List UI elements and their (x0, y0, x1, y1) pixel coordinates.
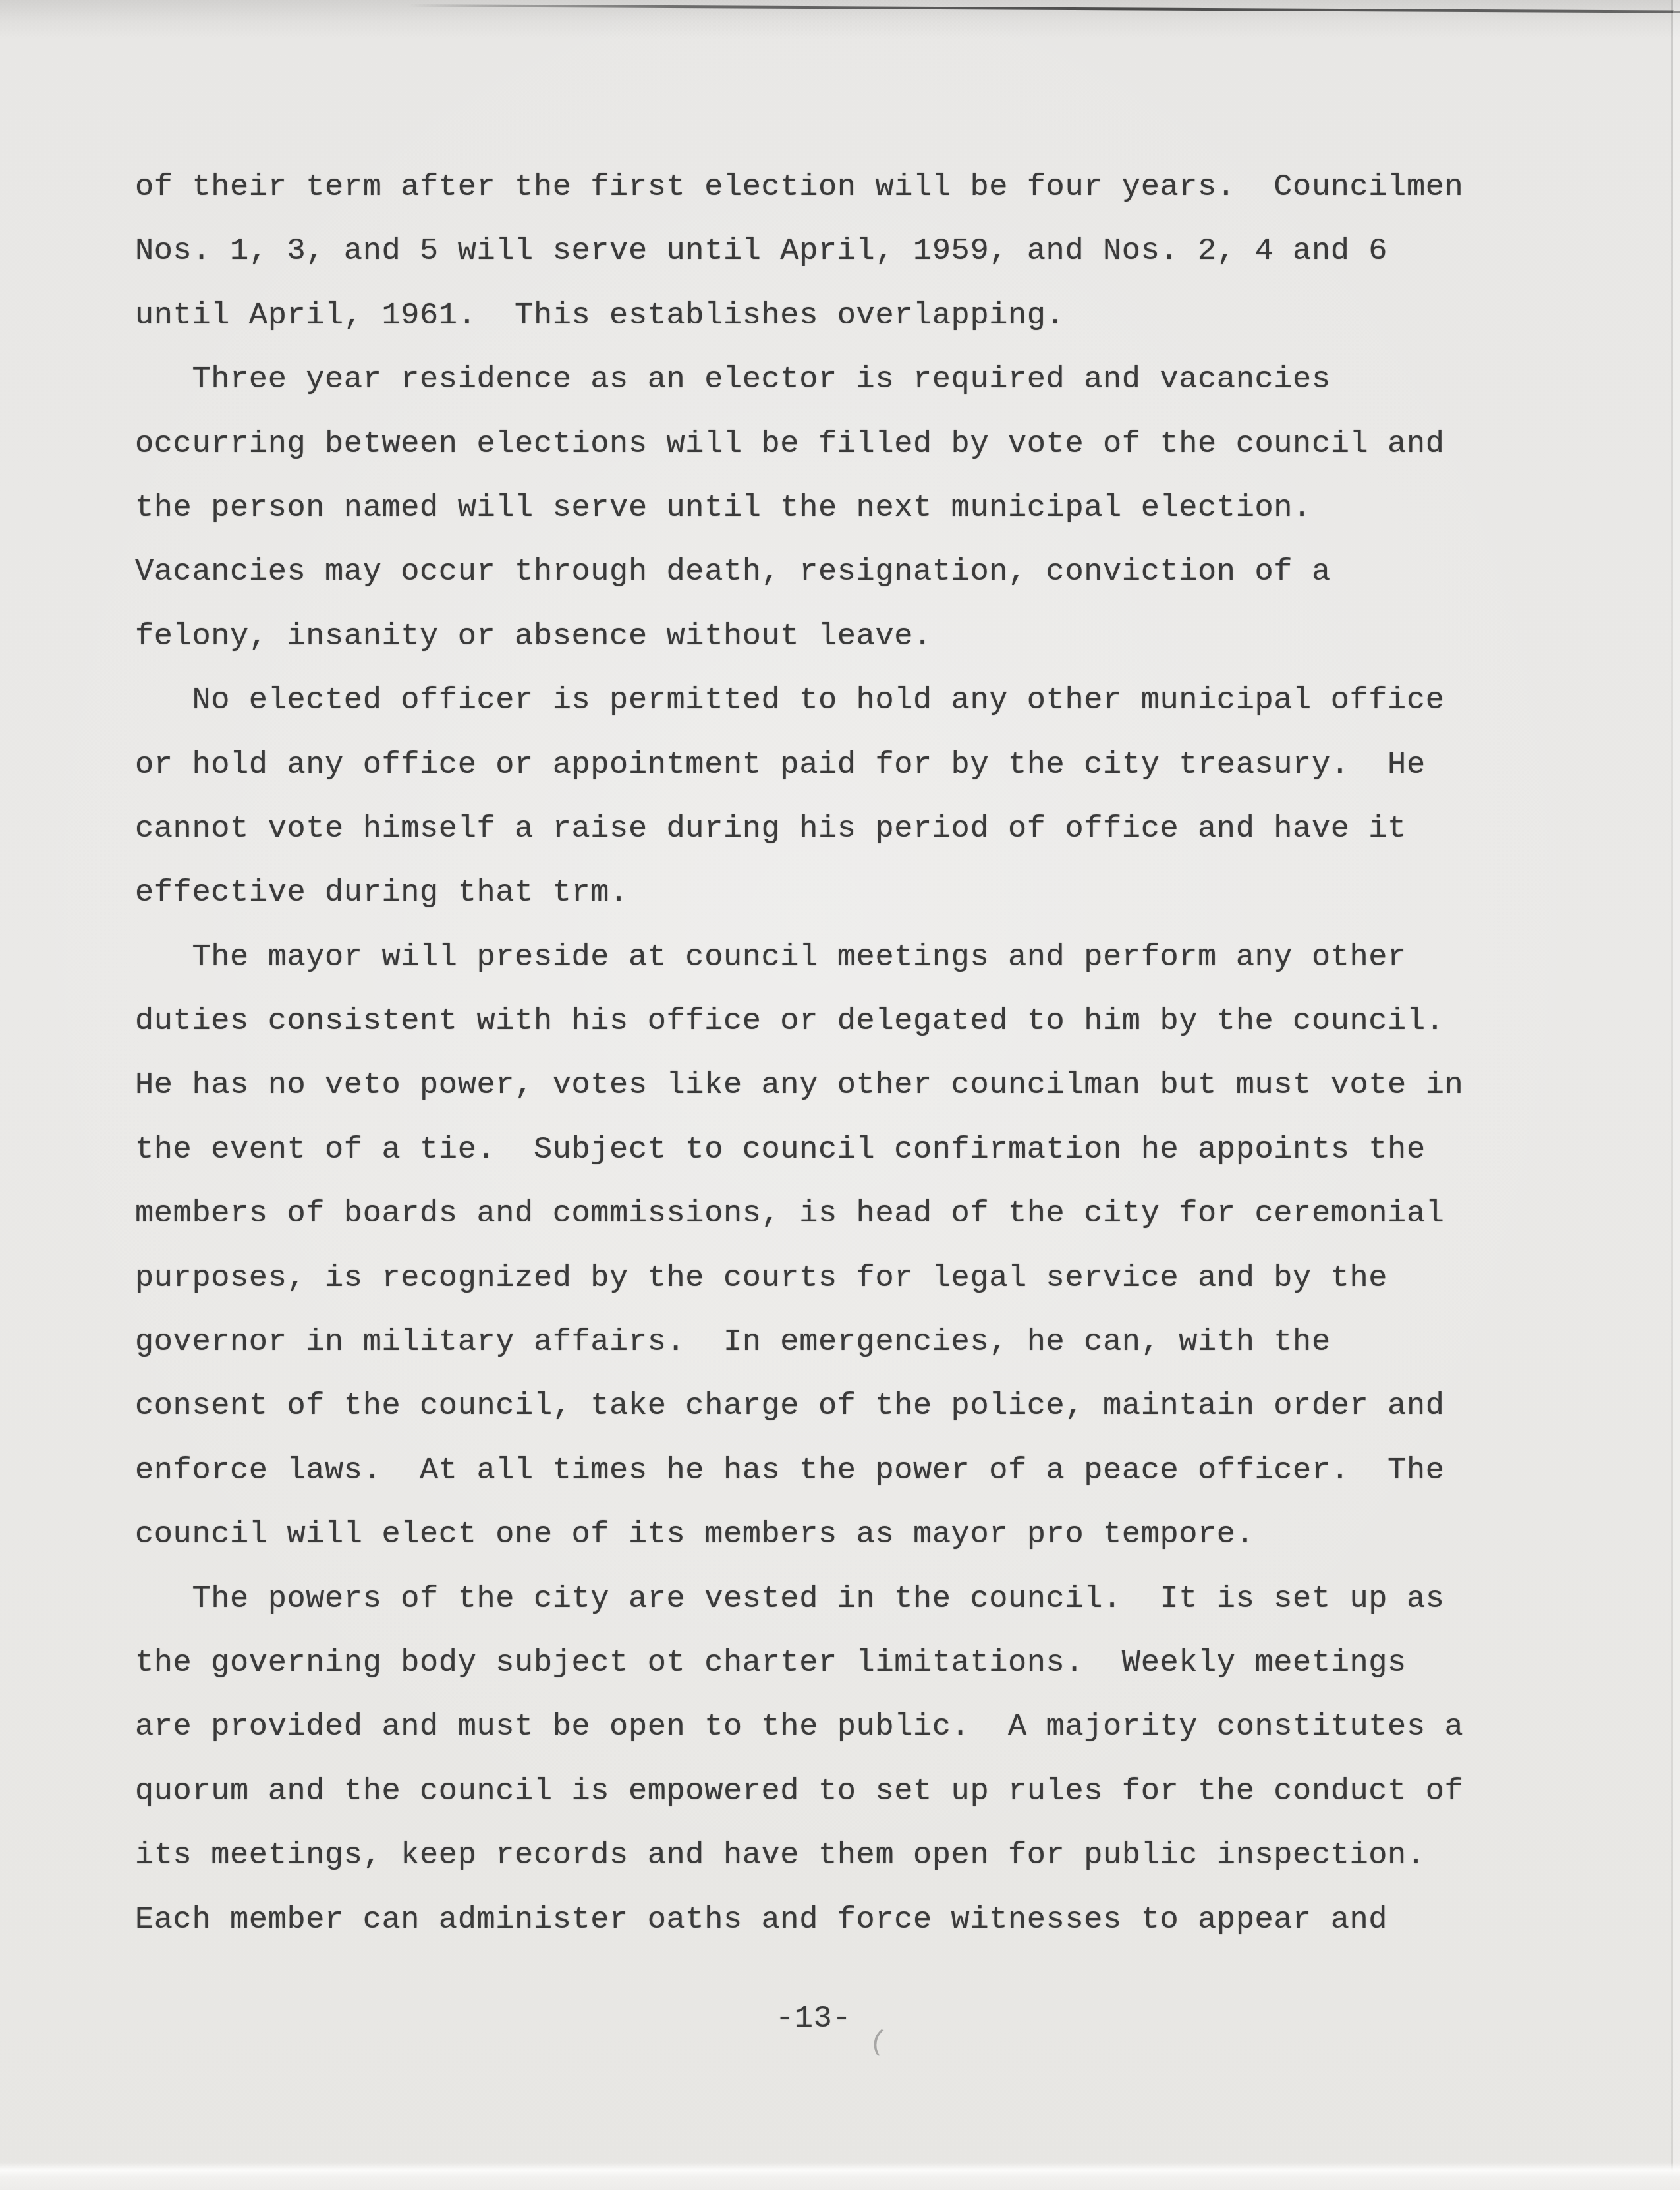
text-line: Three year residence as an elector is re… (135, 348, 1463, 412)
text-line: cannot vote himself a raise during his p… (135, 797, 1463, 861)
text-line: council will elect one of its members as… (135, 1503, 1463, 1567)
text-line: No elected officer is permitted to hold … (135, 669, 1463, 733)
text-line: Nos. 1, 3, and 5 will serve until April,… (135, 219, 1463, 283)
text-line: are provided and must be open to the pub… (135, 1695, 1463, 1759)
text-line: duties consistent with his office or del… (135, 990, 1463, 1053)
document-body: of their term after the first election w… (135, 155, 1463, 1952)
paper-edge-right-highlight (1673, 0, 1680, 2190)
text-line: He has no veto power, votes like any oth… (135, 1053, 1463, 1117)
scan-strip-bottom (0, 2162, 1680, 2190)
text-line: governor in military affairs. In emergen… (135, 1310, 1463, 1374)
page-number: -13- (775, 1987, 851, 2051)
text-line: consent of the council, take charge of t… (135, 1374, 1463, 1438)
text-line: occurring between elections will be fill… (135, 412, 1463, 476)
paper-edge-right (1671, 0, 1673, 2190)
text-line: quorum and the council is empowered to s… (135, 1760, 1463, 1824)
scanned-page: of their term after the first election w… (0, 0, 1680, 2190)
text-line: purposes, is recognized by the courts fo… (135, 1247, 1463, 1310)
text-line: The powers of the city are vested in the… (135, 1567, 1463, 1631)
text-line: Each member can administer oaths and for… (135, 1888, 1463, 1952)
text-line: the event of a tie. Subject to council c… (135, 1118, 1463, 1182)
text-line: The mayor will preside at council meetin… (135, 926, 1463, 990)
text-line: the governing body subject ot charter li… (135, 1631, 1463, 1695)
text-line: until April, 1961. This establishes over… (135, 284, 1463, 348)
text-line: effective during that trm. (135, 861, 1463, 925)
text-line: or hold any office or appointment paid f… (135, 733, 1463, 797)
text-line: enforce laws. At all times he has the po… (135, 1439, 1463, 1503)
text-line: its meetings, keep records and have them… (135, 1824, 1463, 1888)
text-line: Vacancies may occur through death, resig… (135, 540, 1463, 604)
text-line: members of boards and commissions, is he… (135, 1182, 1463, 1246)
scan-artifact-mark: ( (867, 2025, 889, 2059)
text-line: the person named will serve until the ne… (135, 476, 1463, 540)
text-line: of their term after the first election w… (135, 155, 1463, 219)
text-line: felony, insanity or absence without leav… (135, 605, 1463, 669)
